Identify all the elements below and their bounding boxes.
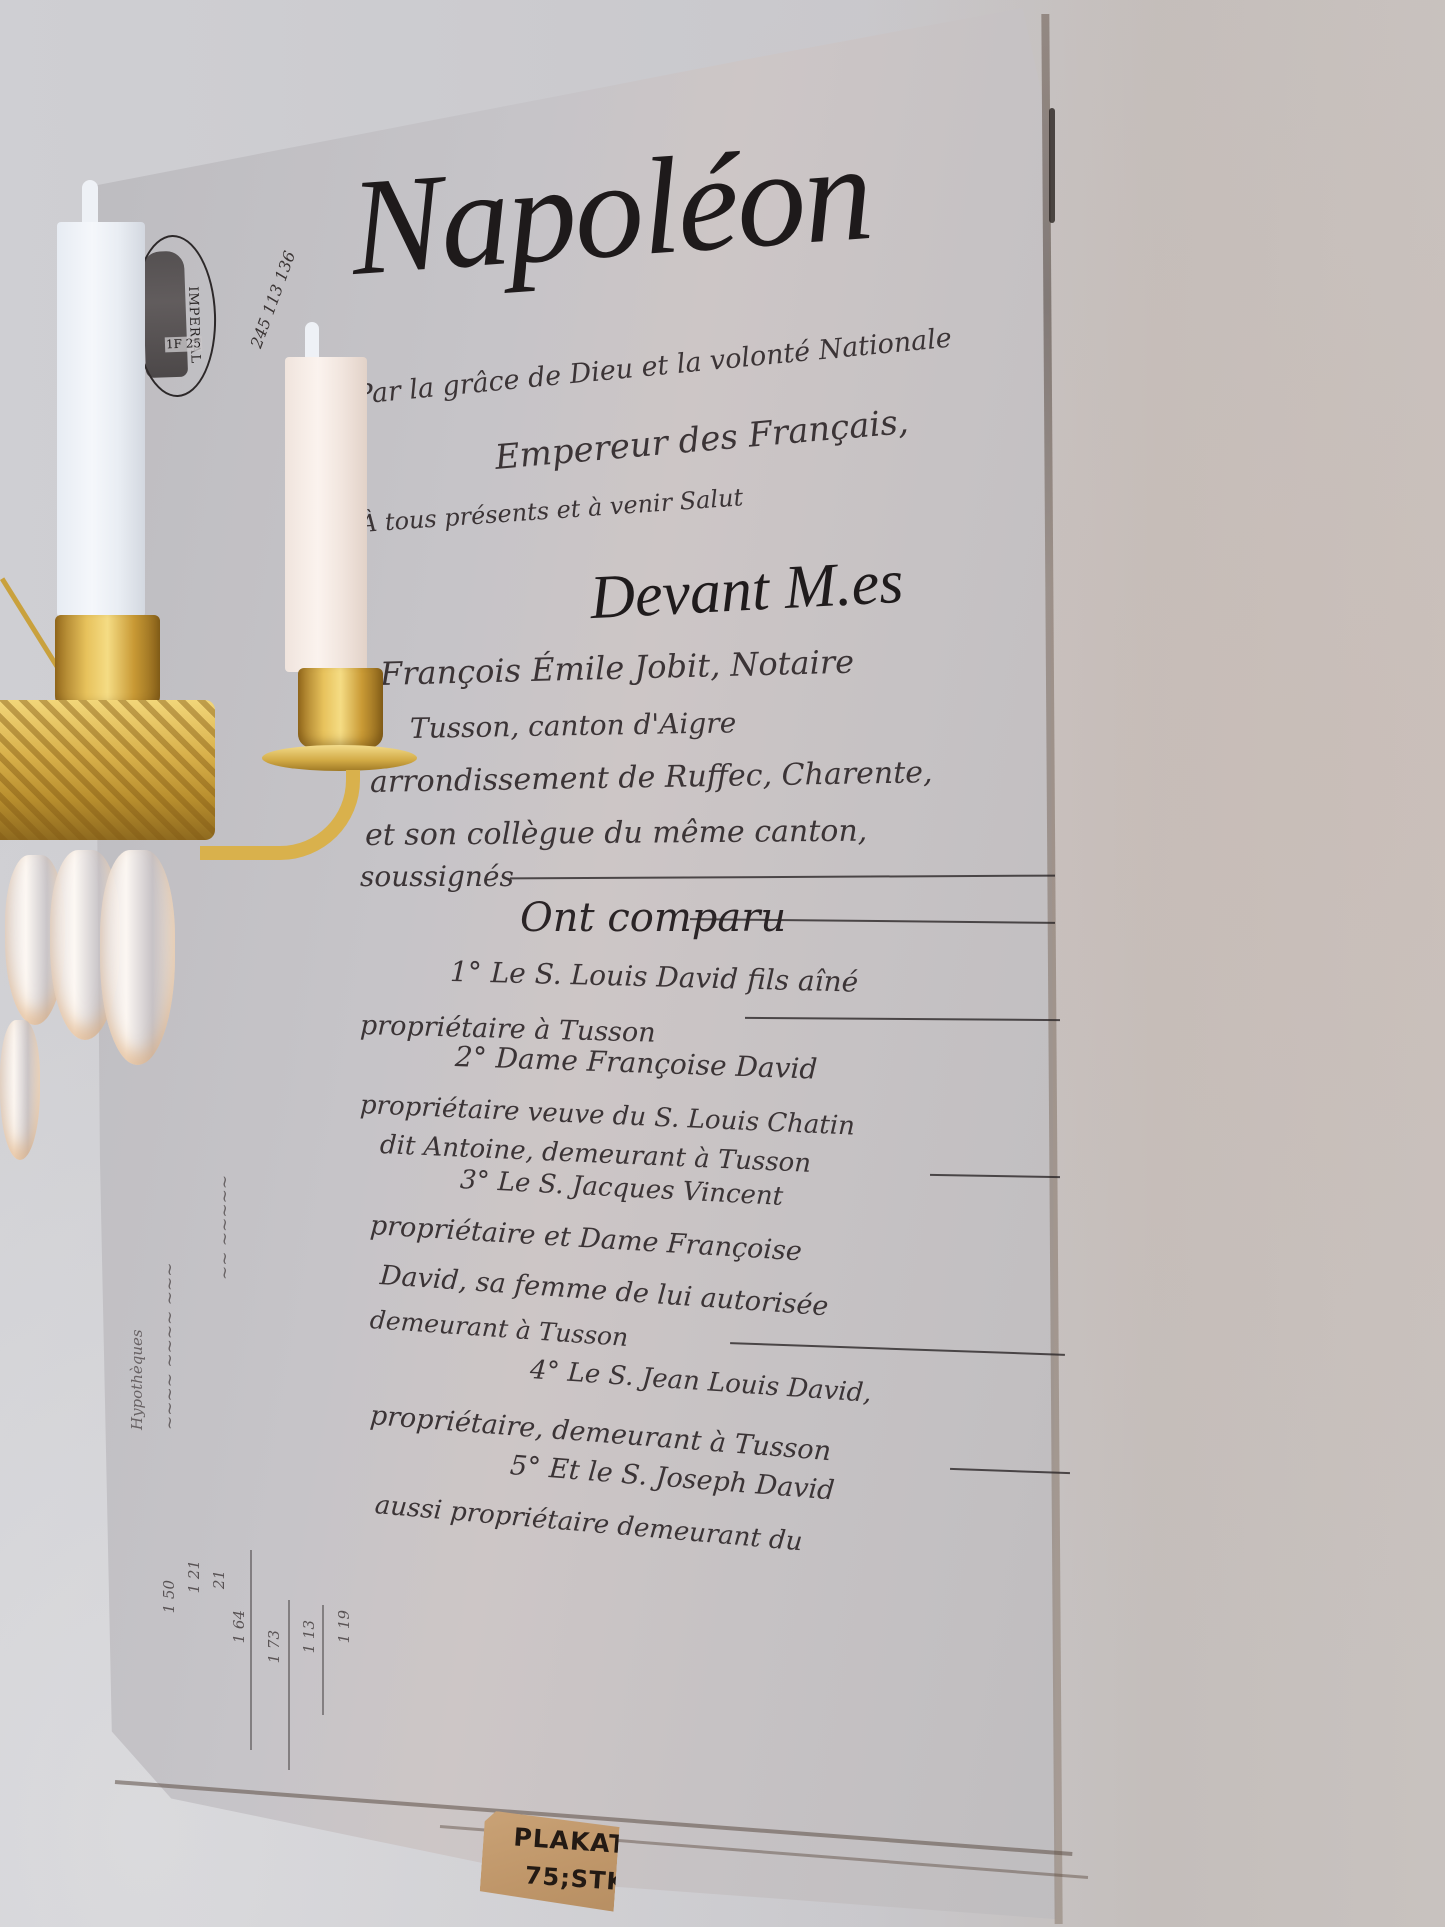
- margin-column-rule: [288, 1600, 290, 1770]
- stamp-value: 1F 25: [165, 336, 203, 352]
- text-line: Tusson, canton d'Aigre: [410, 706, 737, 745]
- margin-figure: 1 50: [160, 1580, 178, 1613]
- drip-pan: [262, 745, 417, 771]
- candle-left: [57, 222, 145, 617]
- margin-figure: 1 19: [335, 1610, 353, 1643]
- notarial-deed: IMPERIAL 1F 25 245 113 136 Napoléon Par …: [0, 0, 1445, 1927]
- margin-signature: ~~ ~~~~~: [215, 1050, 235, 1280]
- margin-figure: 21: [210, 1570, 228, 1589]
- margin-figure: 1 73: [265, 1630, 283, 1663]
- candle-wick-icon: [305, 322, 319, 362]
- justice-figure-icon: [142, 251, 188, 378]
- candle-right: [285, 357, 367, 672]
- price-tag-price: 75;STK: [524, 1861, 627, 1896]
- margin-column-rule: [322, 1605, 324, 1715]
- text-line: soussignés: [360, 860, 514, 893]
- price-tag-label: PLAKAT: [513, 1822, 628, 1859]
- chandelier-body: [0, 700, 215, 840]
- margin-fee-figures: 1 50 1 21 21 1 64 1 73 1 13 1 19: [150, 1550, 360, 1770]
- margin-column-rule: [250, 1550, 252, 1750]
- stamp-legend: IMPERIAL: [185, 286, 203, 364]
- candle-cup-right: [298, 668, 383, 748]
- margin-figure: 1 64: [230, 1610, 248, 1643]
- candle-cup-left: [55, 615, 160, 710]
- margin-registration-note: Hypothèques: [128, 1030, 146, 1430]
- candle-wick-icon: [82, 180, 98, 225]
- margin-figure: 1 13: [300, 1620, 318, 1653]
- crystal-drop: [100, 850, 175, 1065]
- paper-edge-stain: [1049, 108, 1055, 223]
- margin-figure: 1 21: [185, 1560, 203, 1593]
- text-line: et son collègue du même canton,: [365, 814, 868, 853]
- crystal-drop: [0, 1020, 40, 1160]
- margin-handwritten-note: ~~~~ ~~~~ ~~~: [160, 1050, 180, 1430]
